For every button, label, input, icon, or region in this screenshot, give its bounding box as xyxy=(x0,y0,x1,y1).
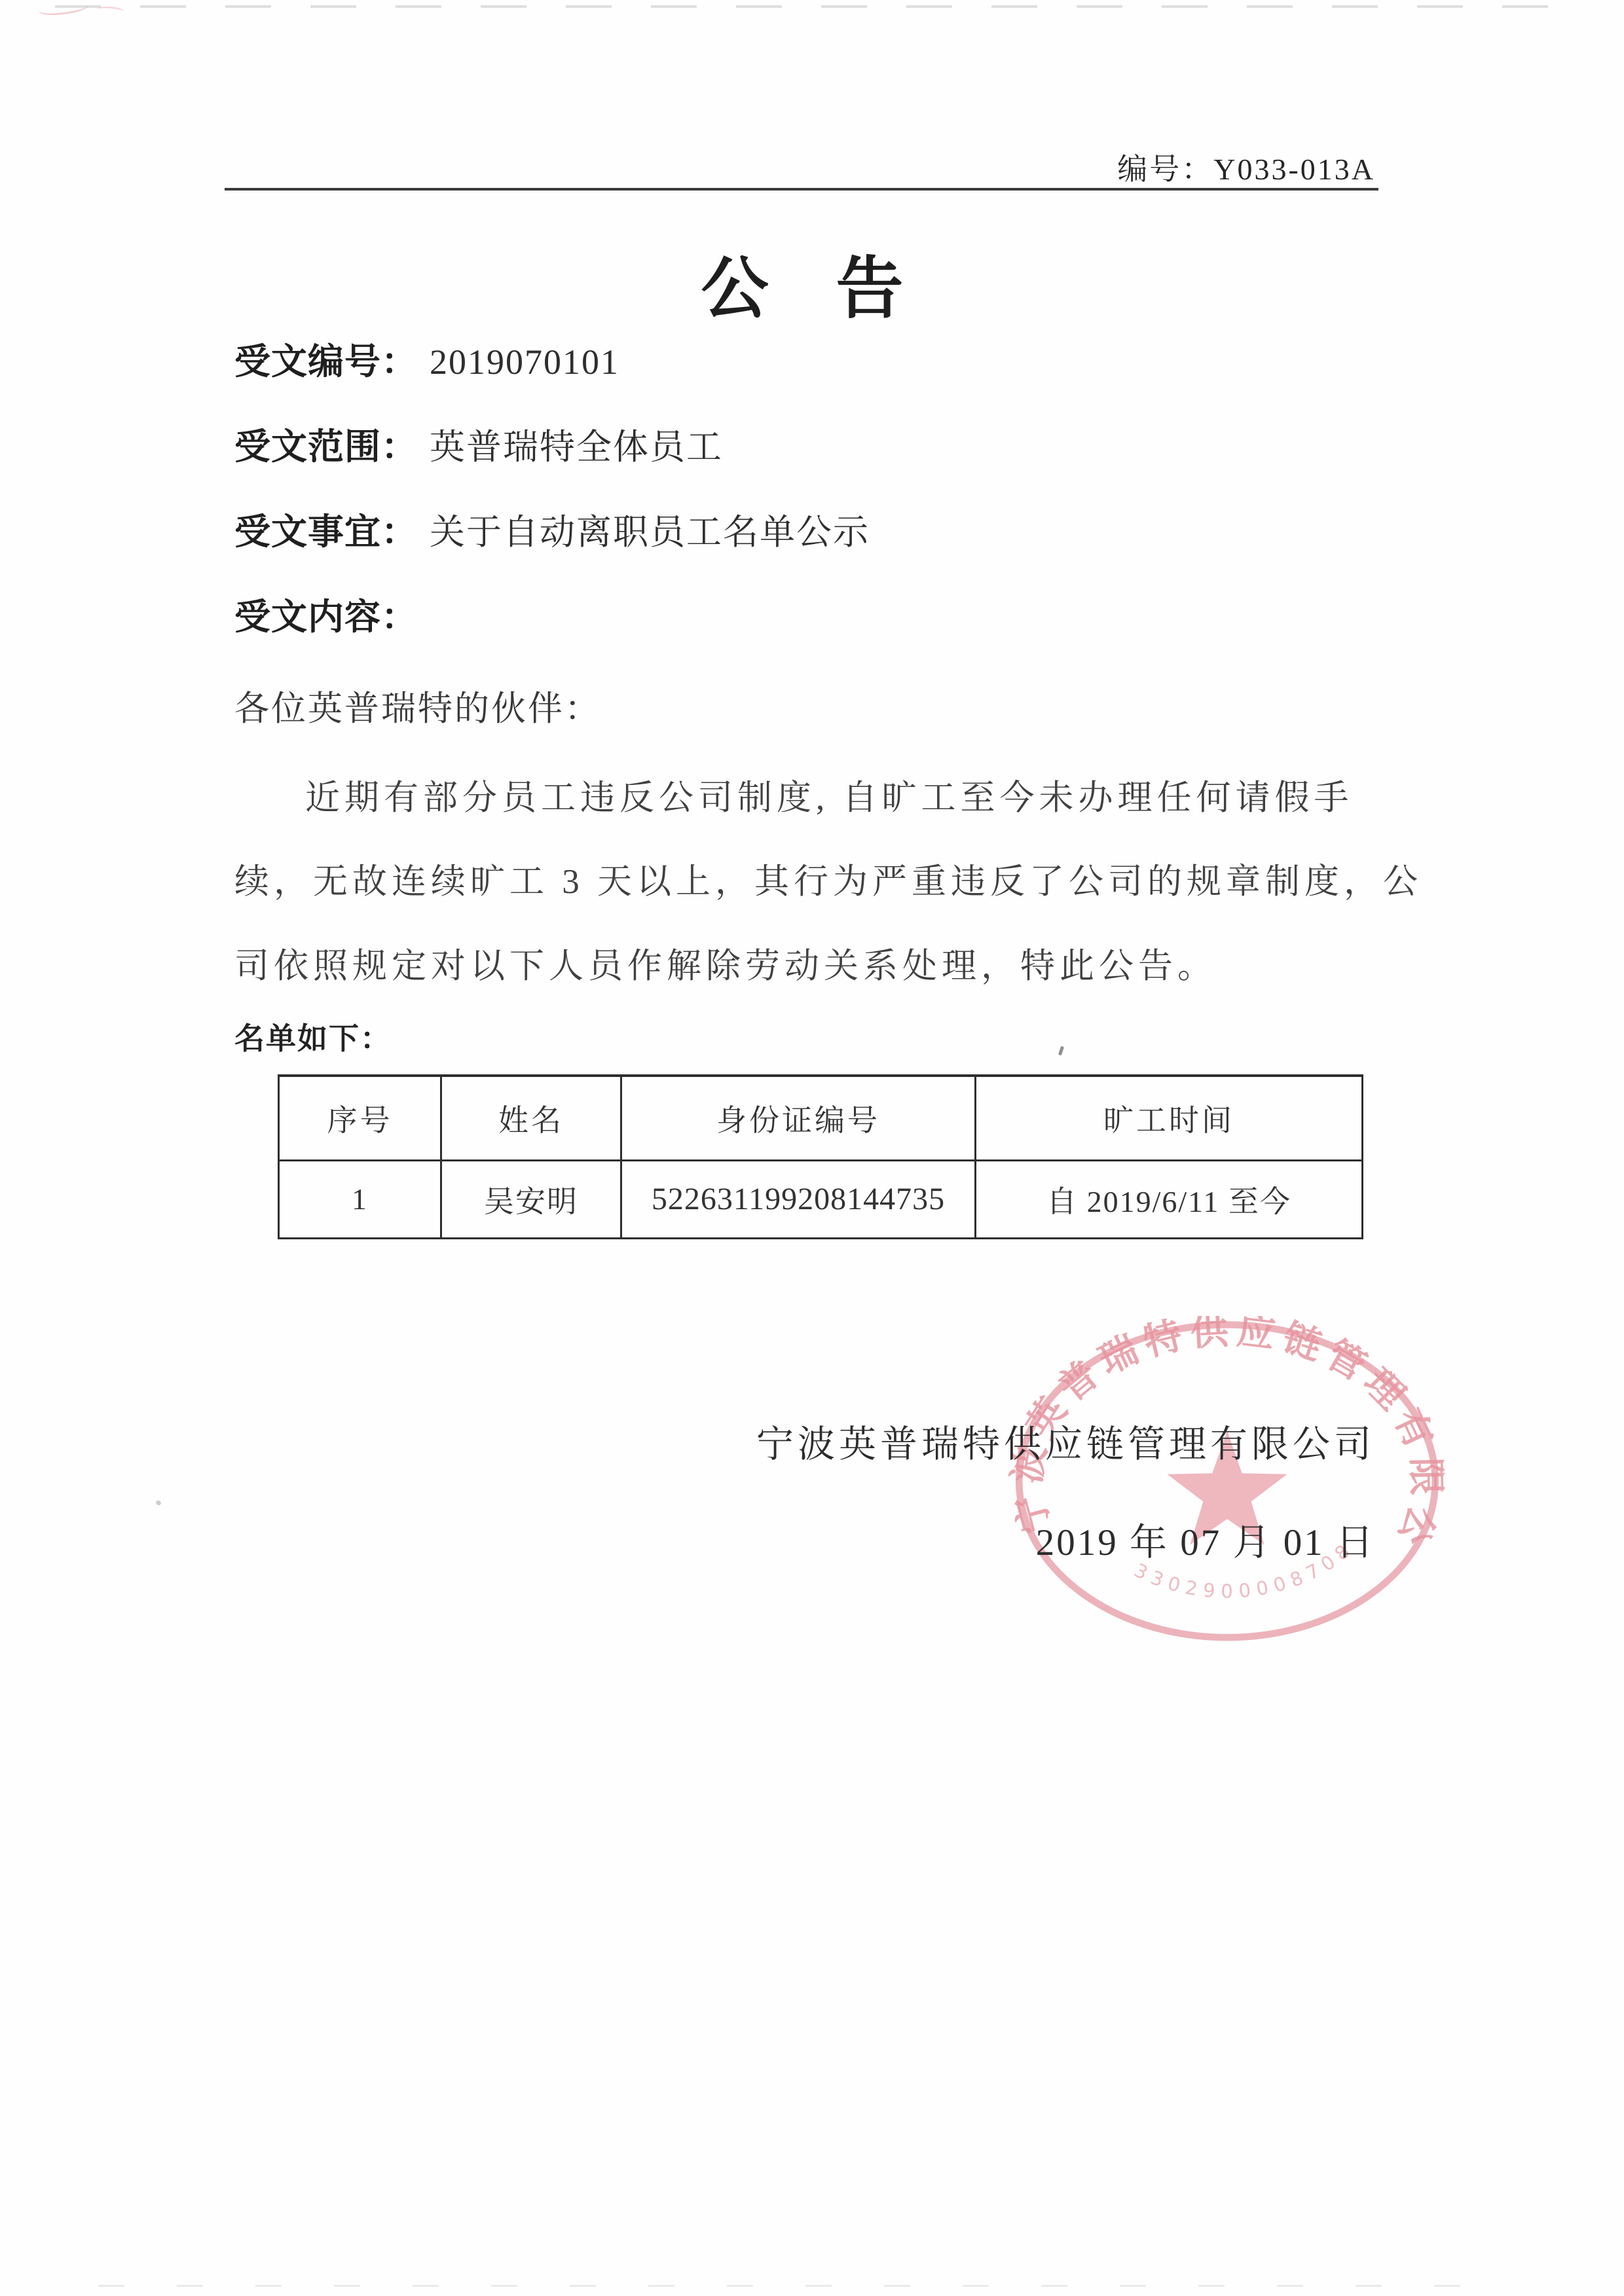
meta-label: 受文编号： xyxy=(234,342,418,382)
meta-value: 英普瑞特全体员工 xyxy=(430,428,723,467)
list-label: 名单如下： xyxy=(234,1015,392,1058)
body-paragraph-line: 续，无故连续旷工 3 天以上，其行为严重违反了公司的规章制度，公 xyxy=(234,854,1407,903)
cell-index: 1 xyxy=(279,1160,441,1238)
cell-name: 吴安明 xyxy=(441,1160,621,1238)
table-header-row: 序号 姓名 身份证编号 旷工时间 xyxy=(279,1076,1363,1160)
document-number: 编号：Y033-013A xyxy=(1117,145,1375,189)
scan-artifact-bottom-dashes xyxy=(98,2285,1486,2287)
page-title: 公 告 xyxy=(0,234,1604,331)
body-paragraph-line: 近期有部分员工违反公司制度, 自旷工至今未办理任何请假手 xyxy=(234,770,1407,820)
meta-label: 受文范围： xyxy=(234,427,418,467)
meta-label: 受文内容： xyxy=(234,597,418,637)
table-row: 1 吴安明 522631199208144735 自 2019/6/11 至今 xyxy=(279,1160,1363,1238)
header-rule xyxy=(225,188,1378,191)
col-header-name: 姓名 xyxy=(441,1076,621,1160)
col-header-id: 身份证编号 xyxy=(621,1076,976,1160)
salutation: 各位英普瑞特的伙伴： xyxy=(234,681,601,731)
meta-row-scope: 受文范围：英普瑞特全体员工 xyxy=(234,418,723,469)
cell-id-number: 522631199208144735 xyxy=(621,1160,976,1238)
cell-absence-time: 自 2019/6/11 至今 xyxy=(976,1160,1363,1238)
scan-artifact-red-mark xyxy=(37,0,90,18)
body-paragraph-line: 司依照规定对以下人员作解除劳动关系处理，特此公告。 xyxy=(234,938,1407,988)
meta-row-subject: 受文事宜：关于自动离职员工名单公示 xyxy=(234,503,870,555)
scanned-announcement-page: 编号：Y033-013A 公 告 受文编号：2019070101 受文范围：英普… xyxy=(0,0,1624,2296)
meta-value: 2019070101 xyxy=(430,342,619,382)
scan-artifact-speck xyxy=(1058,1046,1064,1056)
signature-company-name: 宁波英普瑞特供应链管理有限公司 xyxy=(756,1414,1375,1468)
col-header-index: 序号 xyxy=(279,1076,441,1160)
col-header-absence-time: 旷工时间 xyxy=(976,1076,1363,1160)
scan-artifact-top-dashes xyxy=(55,5,1574,8)
meta-label: 受文事宜： xyxy=(234,512,418,552)
signature-date: 2019 年 07 月 01 日 xyxy=(1036,1512,1375,1566)
meta-value: 关于自动离职员工名单公示 xyxy=(430,513,870,552)
scan-artifact-speck xyxy=(155,1499,162,1506)
meta-row-content: 受文内容： xyxy=(234,588,430,640)
company-seal-stamp: 宁波英普瑞特供应链管理有限公司 3302900008708 xyxy=(1001,1316,1454,1656)
meta-row-doc-id: 受文编号：2019070101 xyxy=(234,333,619,384)
absentee-table: 序号 姓名 身份证编号 旷工时间 1 吴安明 52263119920814473… xyxy=(278,1074,1363,1239)
